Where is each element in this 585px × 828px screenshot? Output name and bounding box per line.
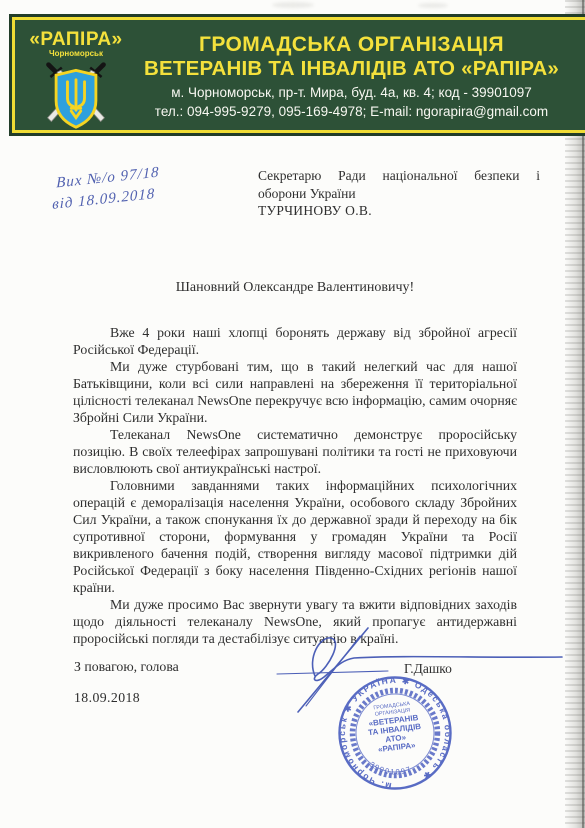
paragraph-1: Вже 4 роки наші хлопці боронять державу …	[73, 324, 517, 358]
paragraph-3: Телеканал NewsOne систематично демонстру…	[73, 426, 517, 477]
org-logo-block: «РАПІРА» Чорноморськ	[12, 30, 140, 131]
org-city-label: Чорноморськ	[12, 49, 140, 58]
handwritten-signature	[268, 614, 570, 726]
salutation: Шановний Олександре Валентиновичу!	[73, 280, 517, 296]
org-title-line2: ВЕТЕРАНІВ ТА ІНВАЛІДІВ АТО «РАПІРА»	[81, 57, 585, 81]
org-address: м. Чорноморськ, пр-т. Мира, буд. 4а, кв.…	[81, 83, 585, 102]
recipient-name: ТУРЧИНОВУ О.В.	[258, 202, 540, 220]
recipient-line2: оборони України	[258, 185, 540, 203]
scan-smudge	[272, 2, 314, 8]
letter-body: Вже 4 роки наші хлопці боронять державу …	[73, 324, 517, 647]
org-title-line1: ГРОМАДСЬКА ОРГАНІЗАЦІЯ	[81, 33, 585, 57]
paragraph-4: Головними завданнями таких інформаційних…	[73, 477, 517, 596]
letter-date: 18.09.2018	[74, 690, 140, 706]
seal-code: 39901097	[368, 760, 413, 777]
org-contacts: тел.: 094-995-9279, 095-169-4978; E-mail…	[81, 102, 585, 121]
recipient-block: Секретарю Ради національної безпеки і об…	[258, 167, 540, 220]
crossed-rapiers-trident-emblem	[38, 59, 114, 131]
scan-smudge	[418, 3, 448, 8]
recipient-line1: Секретарю Ради національної безпеки і	[258, 167, 540, 185]
shield-trident-icon	[56, 70, 96, 127]
seal-center-line6: «РАПІРА»	[378, 741, 417, 755]
org-short-name: «РАПІРА»	[12, 30, 140, 49]
paragraph-2: Ми дуже стурбовані тим, що в такий нелег…	[73, 358, 517, 426]
handwritten-registry-note: Вих №/о 97/18 від 18.09.2018	[56, 162, 159, 215]
scanned-letter-page: ГРОМАДСЬКА ОРГАНІЗАЦІЯ ВЕТЕРАНІВ ТА ІНВА…	[0, 0, 585, 828]
closing-phrase: З повагою, голова	[74, 659, 179, 675]
